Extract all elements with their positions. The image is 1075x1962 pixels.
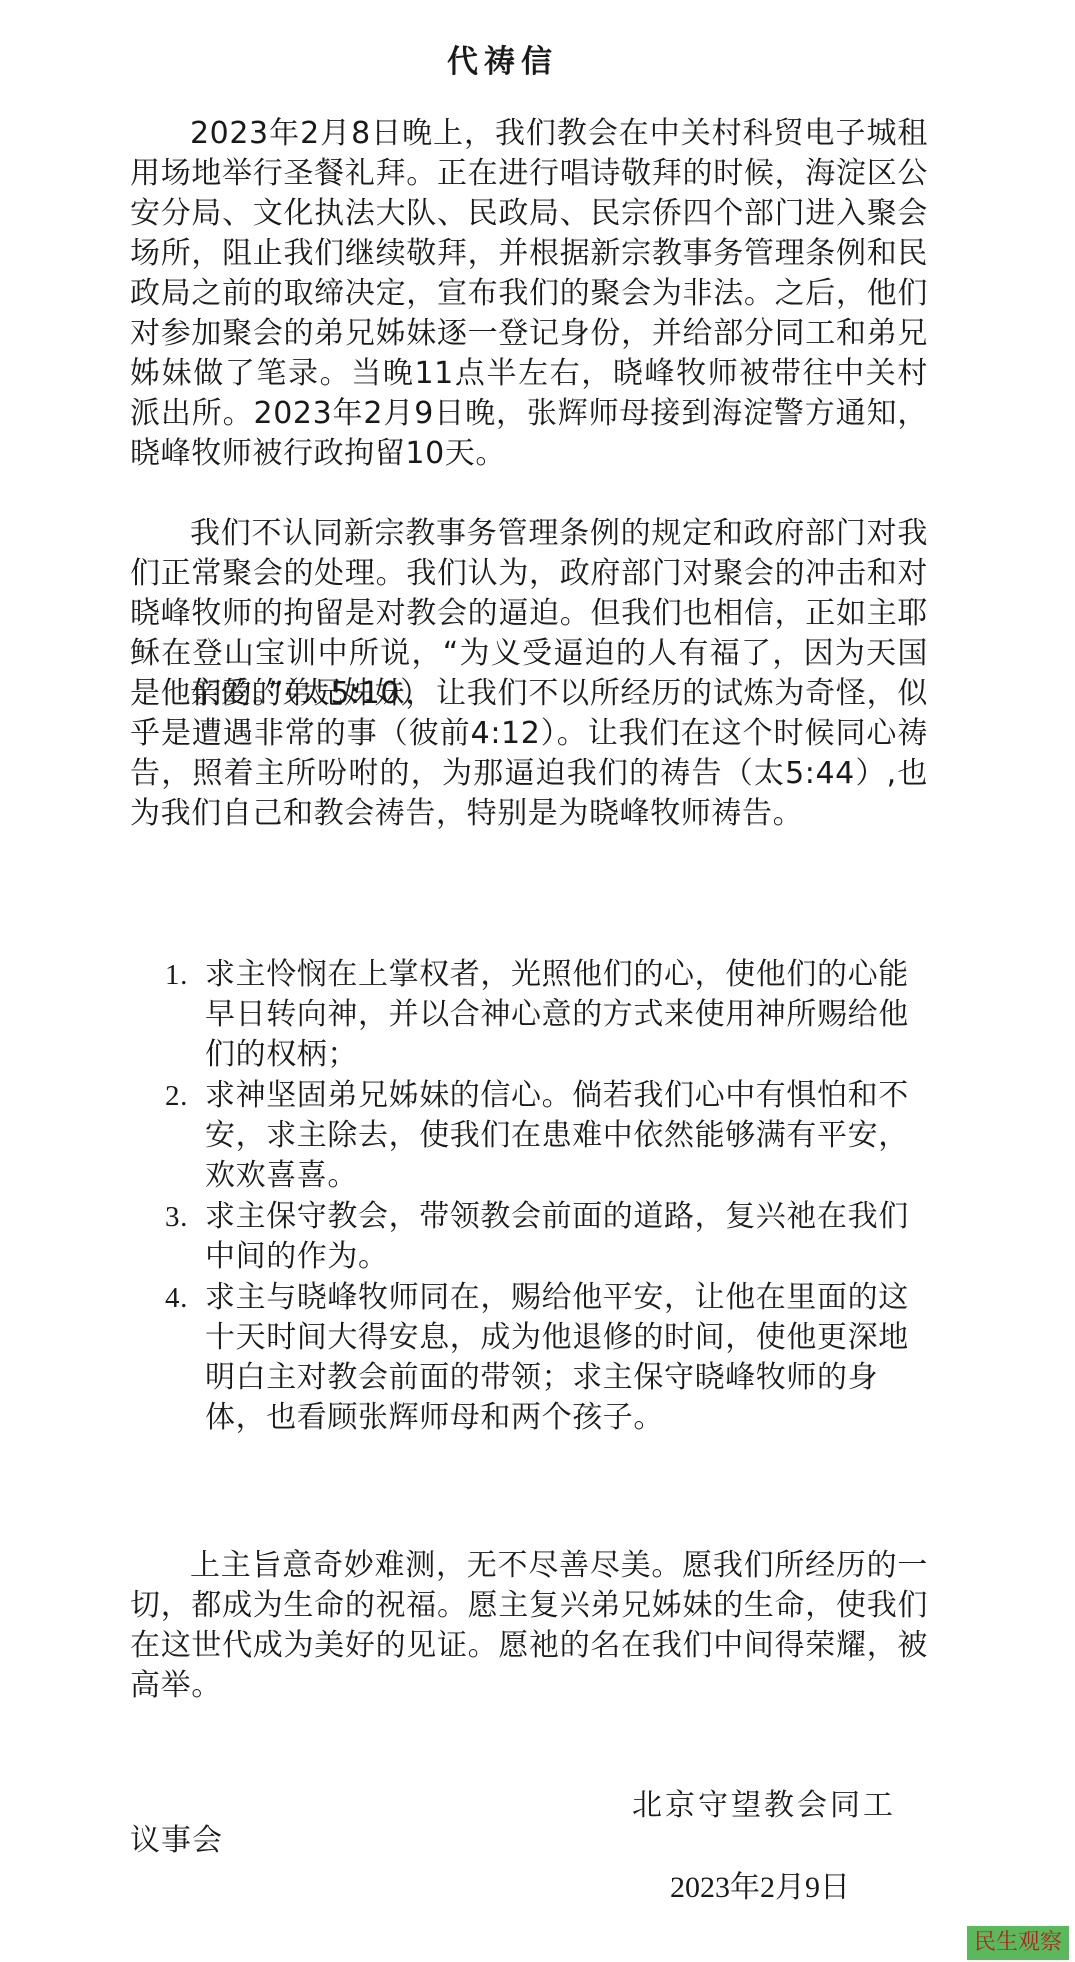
paragraph-call-to-prayer: 亲爱的弟兄姊妹，让我们不以所经历的试炼为奇怪，似乎是遭遇非常的事（彼前4:12）… (130, 674, 928, 834)
prayer-item: 3. 求主保守教会，带领教会前面的道路，复兴祂在我们中间的作为。 (165, 1197, 930, 1277)
paragraph-text: 上主旨意奇妙难测，无不尽善尽美。愿我们所经历的一切，都成为生命的祝福。愿主复兴弟… (130, 1546, 928, 1706)
prayer-item: 1. 求主怜悯在上掌权者，光照他们的心，使他们的心能早日转向神，并以合神心意的方… (165, 955, 930, 1075)
prayer-item-text: 求神坚固弟兄姊妹的信心。倘若我们心中有惧怕和不安，求主除去，使我们在患难中依然能… (205, 1078, 909, 1193)
prayer-item-text: 求主与晓峰牧师同在，赐给他平安，让他在里面的这十天时间大得安息，成为他退修的时间… (205, 1280, 909, 1435)
paragraph-text: 亲爱的弟兄姊妹，让我们不以所经历的试炼为奇怪，似乎是遭遇非常的事（彼前4:12）… (130, 674, 928, 834)
prayer-list: 1. 求主怜悯在上掌权者，光照他们的心，使他们的心能早日转向神，并以合神心意的方… (165, 955, 930, 1439)
signature-organization-continued: 议事会 (130, 1815, 223, 1859)
document-title-text: 代祷信 (447, 36, 558, 81)
signature-organization: 北京守望教会同工 (632, 1780, 896, 1824)
prayer-item-text: 求主怜悯在上掌权者，光照他们的心，使他们的心能早日转向神，并以合神心意的方式来使… (205, 957, 909, 1072)
prayer-item-text: 求主保守教会，带领教会前面的道路，复兴祂在我们中间的作为。 (205, 1199, 909, 1274)
paragraph-incident: 2023年2月8日晚上，我们教会在中关村科贸电子城租用场地举行圣餐礼拜。正在进行… (130, 114, 928, 474)
paragraph-text: 2023年2月8日晚上，我们教会在中关村科贸电子城租用场地举行圣餐礼拜。正在进行… (130, 114, 928, 474)
signature-date: 2023年2月9日 (670, 1862, 850, 1906)
prayer-item-number: 2. (165, 1076, 188, 1116)
letter-page: 代祷信 2023年2月8日晚上，我们教会在中关村科贸电子城租用场地举行圣餐礼拜。… (0, 0, 1075, 1962)
prayer-item-number: 1. (165, 955, 188, 995)
watermark-badge: 民生观察 (967, 1926, 1069, 1960)
prayer-item-number: 3. (165, 1197, 188, 1237)
document-title: 代祷信 (0, 36, 1075, 81)
prayer-item: 4. 求主与晓峰牧师同在，赐给他平安，让他在里面的这十天时间大得安息，成为他退修… (165, 1278, 930, 1438)
prayer-item: 2. 求神坚固弟兄姊妹的信心。倘若我们心中有惧怕和不安，求主除去，使我们在患难中… (165, 1076, 930, 1196)
prayer-item-number: 4. (165, 1278, 188, 1318)
paragraph-closing: 上主旨意奇妙难测，无不尽善尽美。愿我们所经历的一切，都成为生命的祝福。愿主复兴弟… (130, 1546, 928, 1706)
